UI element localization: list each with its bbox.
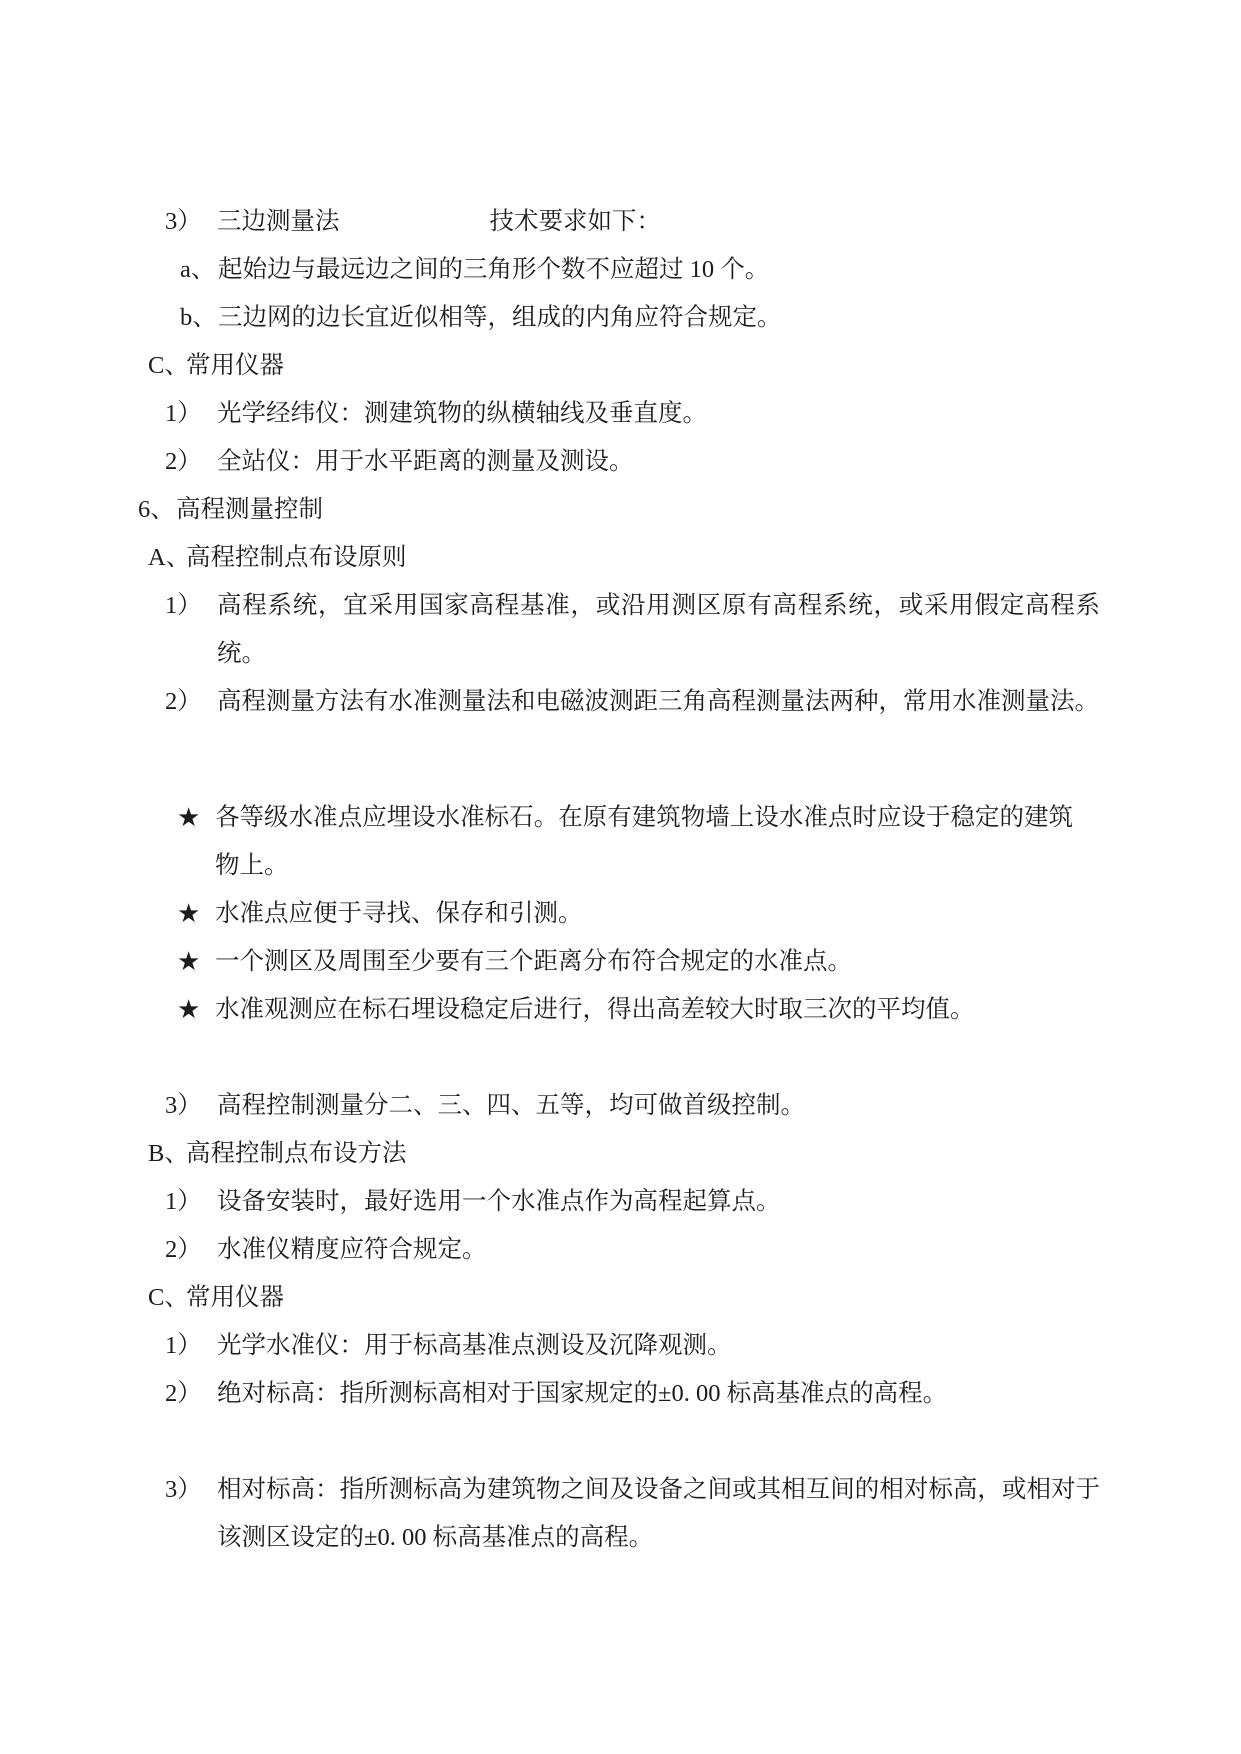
document-body: 3）三边测量法技术要求如下：a、起始边与最远边之间的三角形个数不应超过 10 个… (0, 198, 1100, 1562)
list-marker: C、 (148, 1274, 189, 1322)
list-item-text: 常用仪器 (186, 352, 284, 379)
list-item-text: 高程测量方法有水准测量法和电磁波测距三角高程测量法两种，常用水准测量法。 (217, 688, 1099, 715)
list-marker: ★ (177, 938, 200, 986)
list-item-text: 水准点应便于寻找、保存和引测。 (215, 900, 583, 927)
list-marker: ★ (177, 986, 200, 1034)
list-item-text: 高程控制点布设原则 (186, 544, 407, 571)
list-item: C、常用仪器 (0, 1274, 1100, 1322)
list-item-text: 三边测量法 (217, 208, 340, 235)
list-item: 3）高程控制测量分二、三、四、五等，均可做首级控制。 (0, 1082, 1100, 1130)
blank-line (0, 1418, 1100, 1466)
list-item: 1）设备安装时，最好选用一个水准点作为高程起算点。 (0, 1178, 1100, 1226)
list-marker: 1） (165, 390, 202, 438)
blank-line (0, 726, 1100, 774)
list-item-text: 水准观测应在标石埋设稳定后进行，得出高差较大时取三次的平均值。 (215, 996, 975, 1023)
list-marker: 6、 (138, 486, 175, 534)
list-item: 2）绝对标高：指所测标高相对于国家规定的±0. 00 标高基准点的高程。 (0, 1370, 1100, 1418)
list-item-text: 光学经纬仪：测建筑物的纵横轴线及垂直度。 (217, 400, 707, 427)
list-item-text: 水准仪精度应符合规定。 (217, 1236, 487, 1263)
list-item: ★一个测区及周围至少要有三个距离分布符合规定的水准点。 (0, 938, 1100, 986)
list-item: 1）光学经纬仪：测建筑物的纵横轴线及垂直度。 (0, 390, 1100, 438)
list-item-tab-text: 技术要求如下： (490, 208, 662, 235)
list-item-text: 绝对标高：指所测标高相对于国家规定的±0. 00 标高基准点的高程。 (217, 1380, 947, 1407)
list-marker: C、 (148, 342, 189, 390)
list-marker: 3） (165, 1466, 202, 1514)
list-marker: 1） (165, 1322, 202, 1370)
list-item-text: 一个测区及周围至少要有三个距离分布符合规定的水准点。 (215, 948, 852, 975)
list-marker: 2） (165, 678, 202, 726)
list-item-text: 相对标高：指所测标高为建筑物之间及设备之间或其相互间的相对标高，或相对于该测区设… (217, 1476, 1100, 1551)
list-item: 2）高程测量方法有水准测量法和电磁波测距三角高程测量法两种，常用水准测量法。 (0, 678, 1100, 726)
list-marker: ★ (177, 794, 200, 842)
list-item-text: 高程系统，宜采用国家高程基准，或沿用测区原有高程系统，或采用假定高程系统。 (217, 592, 1100, 667)
list-marker: 1） (165, 1178, 202, 1226)
list-item: 3）三边测量法技术要求如下： (0, 198, 1100, 246)
list-item: ★各等级水准点应埋设水准标石。在原有建筑物墙上设水准点时应设于稳定的建筑物上。 (0, 794, 1100, 890)
list-item-text: 光学水准仪：用于标高基准点测设及沉降观测。 (217, 1332, 732, 1359)
list-marker: b、 (180, 294, 217, 342)
list-item: 6、高程测量控制 (0, 486, 1100, 534)
list-item: ★水准点应便于寻找、保存和引测。 (0, 890, 1100, 938)
list-item: ★水准观测应在标石埋设稳定后进行，得出高差较大时取三次的平均值。 (0, 986, 1100, 1034)
list-item-text: 三边网的边长宜近似相等，组成的内角应符合规定。 (218, 304, 782, 331)
blank-line (0, 1034, 1100, 1082)
list-marker: 2） (165, 1370, 202, 1418)
list-marker: 2） (165, 1226, 202, 1274)
list-item: 2）全站仪：用于水平距离的测量及测设。 (0, 438, 1100, 486)
list-item: 1）光学水准仪：用于标高基准点测设及沉降观测。 (0, 1322, 1100, 1370)
list-item: b、三边网的边长宜近似相等，组成的内角应符合规定。 (0, 294, 1100, 342)
list-item-text: 全站仪：用于水平距离的测量及测设。 (217, 448, 634, 475)
list-item: A、高程控制点布设原则 (0, 534, 1100, 582)
list-item: 3）相对标高：指所测标高为建筑物之间及设备之间或其相互间的相对标高，或相对于该测… (0, 1466, 1100, 1562)
list-item-text: 各等级水准点应埋设水准标石。在原有建筑物墙上设水准点时应设于稳定的建筑物上。 (215, 804, 1073, 879)
list-item-text: 高程控制点布设方法 (186, 1140, 407, 1167)
list-marker: 3） (165, 1082, 202, 1130)
list-item: a、起始边与最远边之间的三角形个数不应超过 10 个。 (0, 246, 1100, 294)
list-item: 1）高程系统，宜采用国家高程基准，或沿用测区原有高程系统，或采用假定高程系统。 (0, 582, 1100, 678)
list-marker: 1） (165, 582, 202, 630)
list-marker: A、 (148, 534, 190, 582)
list-item-text: 常用仪器 (186, 1284, 284, 1311)
list-marker: 3） (165, 198, 202, 246)
list-marker: a、 (180, 246, 215, 294)
list-item-text: 高程控制测量分二、三、四、五等，均可做首级控制。 (217, 1092, 805, 1119)
list-item-text: 高程测量控制 (176, 496, 323, 523)
list-marker: 2） (165, 438, 202, 486)
document-page: 3）三边测量法技术要求如下：a、起始边与最远边之间的三角形个数不应超过 10 个… (0, 0, 1241, 1754)
list-marker: B、 (148, 1130, 189, 1178)
list-item: 2）水准仪精度应符合规定。 (0, 1226, 1100, 1274)
list-item-text: 设备安装时，最好选用一个水准点作为高程起算点。 (217, 1188, 781, 1215)
list-marker: ★ (177, 890, 200, 938)
list-item: C、常用仪器 (0, 342, 1100, 390)
list-item: B、高程控制点布设方法 (0, 1130, 1100, 1178)
list-item-text: 起始边与最远边之间的三角形个数不应超过 10 个。 (218, 256, 769, 283)
